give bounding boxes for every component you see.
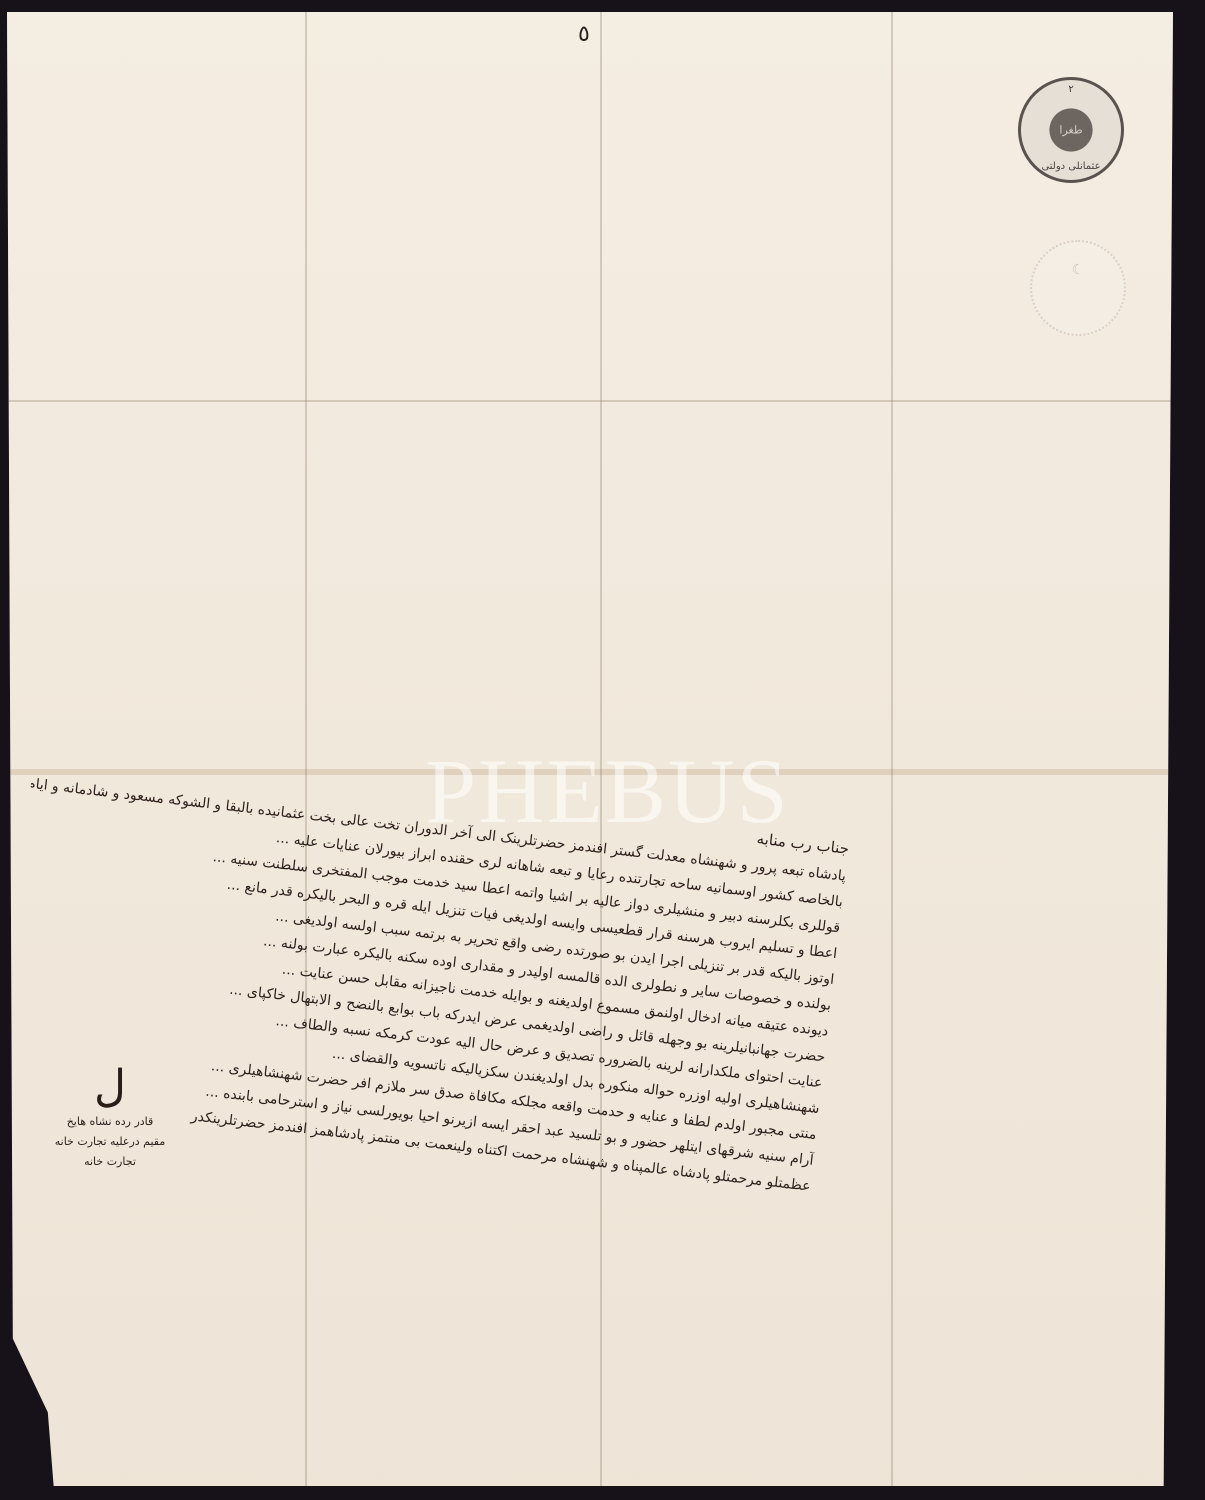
stamp-legend: عثمانلی دولتی (1021, 161, 1121, 172)
fold-line (305, 12, 307, 1486)
signatory-title: مقیم درعلیه تجارت خانه (50, 1132, 170, 1152)
signature-block: ل قادر رده نشاه هایخ مقیم درعلیه تجارت خ… (50, 1062, 170, 1172)
stamp-value: ٢ (1021, 84, 1121, 95)
page-number: ٥ (578, 22, 590, 47)
signatory-title: تجارت خانه (50, 1152, 170, 1172)
fold-line (891, 12, 893, 1486)
revenue-stamp-icon: ٢ طغرا عثمانلی دولتی (1018, 77, 1124, 183)
fold-line (7, 400, 1173, 402)
embossed-seal-icon: ☾ (1030, 240, 1126, 336)
crescent-icon: ☾ (1032, 262, 1124, 278)
signature-mark: ل (50, 1062, 170, 1112)
signatory-title: قادر رده نشاه هایخ (50, 1112, 170, 1132)
tughra-icon: طغرا (1059, 124, 1082, 137)
